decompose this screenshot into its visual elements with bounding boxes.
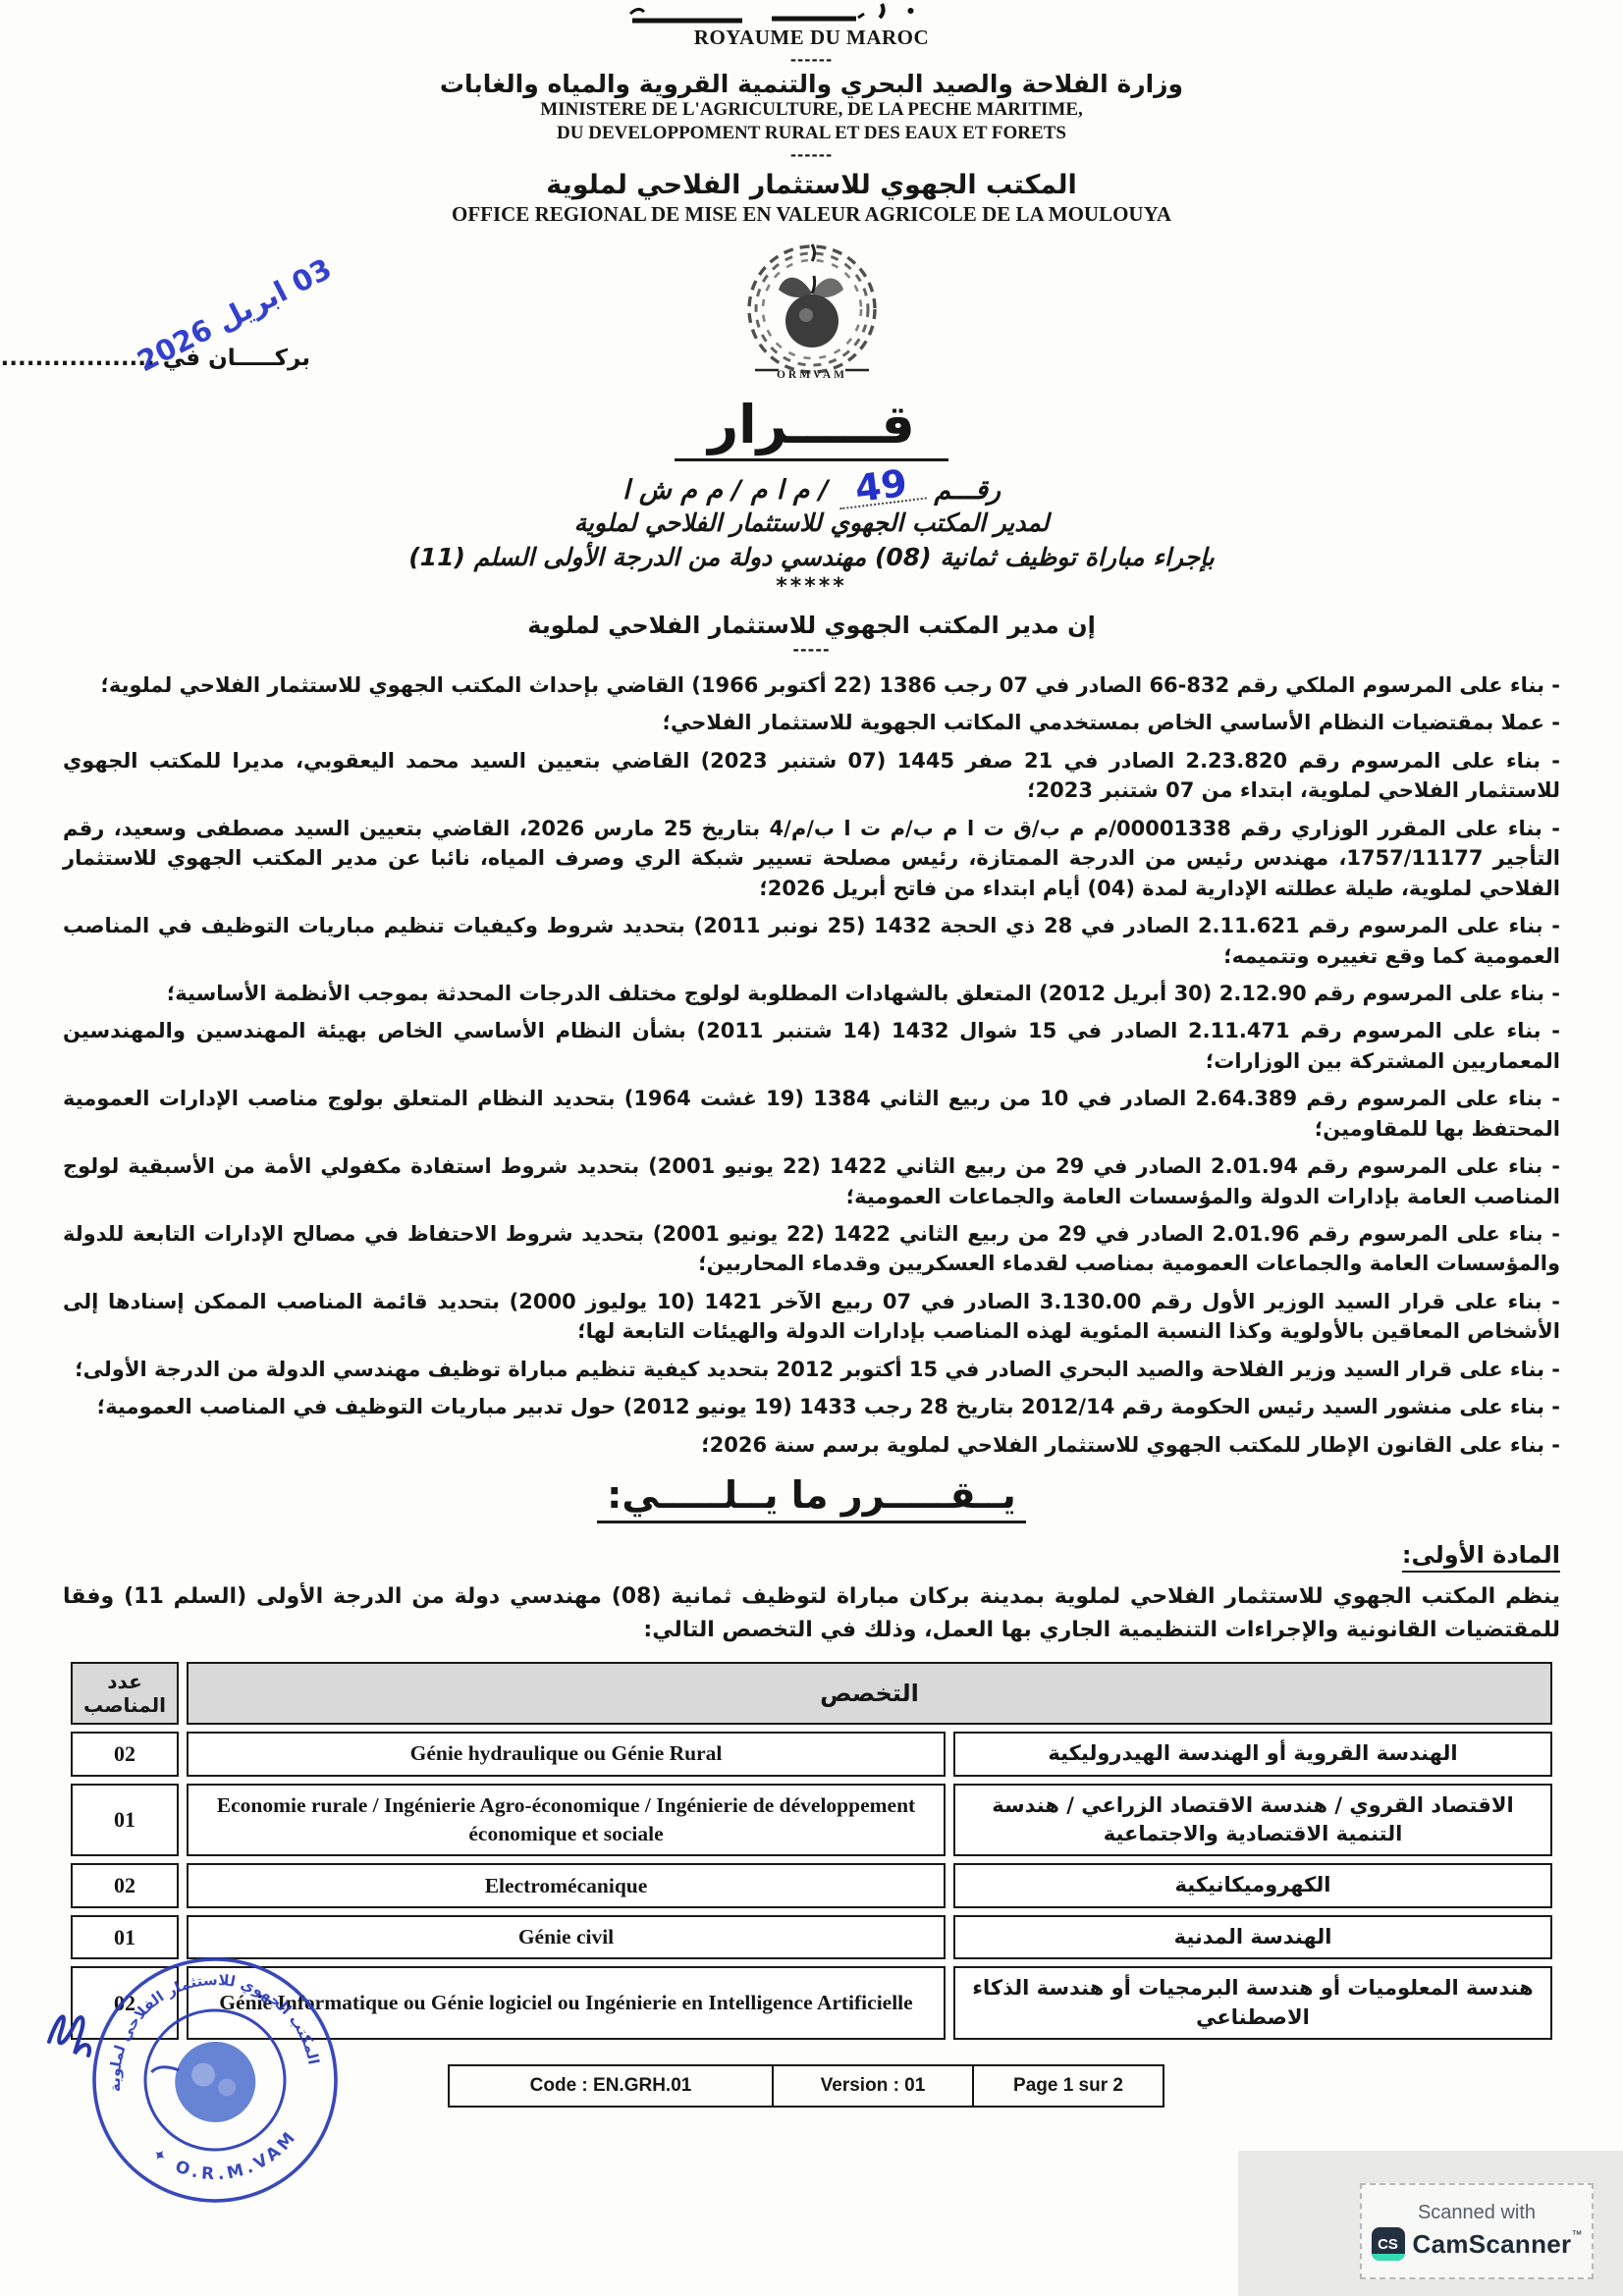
clause: - بناء على قرار السيد الوزير الأول رقم 3…: [63, 1287, 1560, 1347]
table-row: الهندسة القروية أو الهندسة الهيدروليكية …: [71, 1732, 1552, 1776]
decree-number-handwritten: 49: [836, 464, 927, 510]
specialty-arabic: الهندسة المدنية: [953, 1915, 1552, 1959]
clause: - بناء على المرسوم رقم 2.64.389 الصادر ف…: [63, 1084, 1560, 1144]
footer-page-number: Page 1 sur 2: [973, 2064, 1164, 2108]
kingdom-title: ROYAUME DU MAROC: [63, 26, 1560, 50]
decree-number-prefix: رقـــم: [934, 475, 1001, 506]
clause: - بناء على المرسوم رقم 2.01.94 الصادر في…: [63, 1151, 1560, 1211]
specialty-arabic: هندسة المعلوميات أو هندسة البرمجيات أو ه…: [953, 1966, 1552, 2040]
decree-title-block: قـــــرار: [63, 396, 1560, 461]
positions-count: 02: [71, 1863, 179, 1907]
letterhead: ROYAUME DU MAROC ------ وزارة الفلاحة وا…: [63, 26, 1560, 227]
positions-count: 01: [71, 1784, 179, 1857]
ormvam-logo-caption: ORMVAM: [776, 369, 846, 381]
clause: - بناء على منشور السيد رئيس الحكومة رقم …: [63, 1392, 1560, 1421]
specialty-french: Génie hydraulique ou Génie Rural: [187, 1732, 946, 1776]
ministry-name-french-line2: DU DEVELOPPOMENT RURAL ET DES EAUX ET FO…: [63, 122, 1560, 145]
clause: - بناء على المرسوم رقم 2.01.96 الصادر في…: [63, 1219, 1560, 1279]
decree-number-line: رقـــم 49 / م ا م / م م ش ا: [63, 469, 1560, 506]
cs-icon-accent-bar: [1372, 2254, 1405, 2261]
clause: - بناء على المرسوم رقم 2.23.820 الصادر ف…: [63, 746, 1560, 806]
decree-title: قـــــرار: [675, 396, 948, 461]
clause: - بناء على المقرر الوزاري رقم 00001338/م…: [63, 814, 1560, 903]
divider: ------: [63, 53, 1560, 67]
decree-addressee: لمدير المكتب الجهوي للاستثمار الفلاحي لم…: [63, 506, 1560, 540]
office-name-french: OFFICE REGIONAL DE MISE EN VALEUR AGRICO…: [63, 202, 1560, 227]
divider: -----: [63, 639, 1560, 661]
ormvam-seal-logo: ORMVAM: [737, 233, 887, 388]
clause: - بناء على المرسوم الملكي رقم 832-66 الص…: [63, 670, 1560, 700]
legal-clauses: - بناء على المرسوم الملكي رقم 832-66 الص…: [63, 670, 1560, 1460]
decree-intro: إن مدير المكتب الجهوي للاستثمار الفلاحي …: [63, 612, 1560, 639]
clause: - بناء على المرسوم رقم 2.11.621 الصادر ف…: [63, 911, 1560, 971]
scanned-decree-page: { "colors":{"stamp_blue":"#2b3cb5","hand…: [0, 0, 1623, 2296]
table-header-row: التخصص عدد المناصب: [71, 1662, 1552, 1725]
footer-code: Code : EN.GRH.01: [448, 2064, 773, 2108]
column-header-specialty: التخصص: [187, 1662, 1552, 1725]
cs-icon-letters: CS: [1378, 2236, 1398, 2253]
camscanner-tm: ™: [1571, 2229, 1582, 2241]
office-name-arabic: المكتب الجهوي للاستثمار الفلاحي لملوية: [63, 170, 1560, 200]
camscanner-watermark: Scanned with CS CamScanner™: [1360, 2183, 1594, 2279]
stars-divider: *****: [63, 574, 1560, 600]
table-row: الكهروميكانيكية Electromécanique 02: [71, 1863, 1552, 1907]
article-one-label-block: المادة الأولى:: [63, 1541, 1560, 1573]
decides-heading: يــقـــــرر ما يــلـــــي:: [597, 1473, 1026, 1523]
clause: - بناء على القانون الإطار للمكتب الجهوي …: [63, 1430, 1560, 1460]
blue-round-stamp: المكتب الجهوي للاستثمار الفلاحي لملوية ✦…: [70, 1935, 360, 2225]
ministry-name-french-line1: MINISTERE DE L'AGRICULTURE, DE LA PECHE …: [63, 98, 1560, 122]
specialty-arabic: الاقتصاد القروي / هندسة الاقتصاد الزراعي…: [953, 1784, 1552, 1857]
decree-subject: بإجراء مباراة توظيف ثمانية (08) مهندسي د…: [63, 540, 1560, 574]
camscanner-caption: Scanned with: [1418, 2202, 1536, 2224]
specialty-french: Electromécanique: [187, 1863, 946, 1907]
divider: ------: [63, 148, 1560, 162]
specialty-french: Economie rurale / Ingénierie Agro-économ…: [187, 1784, 946, 1857]
clause: - بناء على المرسوم رقم 2.12.90 (30 أبريل…: [63, 979, 1560, 1008]
clause: - عملا بمقتضيات النظام الأساسي الخاص بمس…: [63, 708, 1560, 737]
column-header-positions: عدد المناصب: [71, 1662, 179, 1725]
clause: - بناء على قرار السيد وزير الفلاحة والصي…: [63, 1355, 1560, 1384]
positions-count: 02: [71, 1732, 179, 1776]
specialty-arabic: الكهروميكانيكية: [953, 1863, 1552, 1907]
article-one-text: ينظم المكتب الجهوي للاستثمار الفلاحي لمل…: [63, 1580, 1560, 1647]
ormvam-logo: ORMVAM: [737, 233, 887, 392]
ministry-name-arabic: وزارة الفلاحة والصيد البحري والتنمية الق…: [63, 70, 1560, 98]
clause: - بناء على المرسوم رقم 2.11.471 الصادر ف…: [63, 1016, 1560, 1076]
footer-version: Version : 01: [773, 2064, 973, 2108]
table-row: الاقتصاد القروي / هندسة الاقتصاد الزراعي…: [71, 1784, 1552, 1857]
positions-count: 01: [71, 1915, 179, 1959]
article-one-label: المادة الأولى:: [1402, 1541, 1560, 1573]
document-footer-table: Code : EN.GRH.01 Version : 01 Page 1 sur…: [448, 2064, 1164, 2108]
camscanner-brand: CamScanner: [1413, 2229, 1572, 2259]
decree-number-suffix: / م ا م / م م ش ا: [622, 475, 829, 506]
camscanner-brand-row: CS CamScanner™: [1372, 2227, 1583, 2261]
camscanner-cs-icon: CS: [1372, 2227, 1405, 2261]
decides-heading-block: يــقـــــرر ما يــلـــــي:: [63, 1473, 1560, 1523]
specialty-arabic: الهندسة القروية أو الهندسة الهيدروليكية: [953, 1732, 1552, 1776]
